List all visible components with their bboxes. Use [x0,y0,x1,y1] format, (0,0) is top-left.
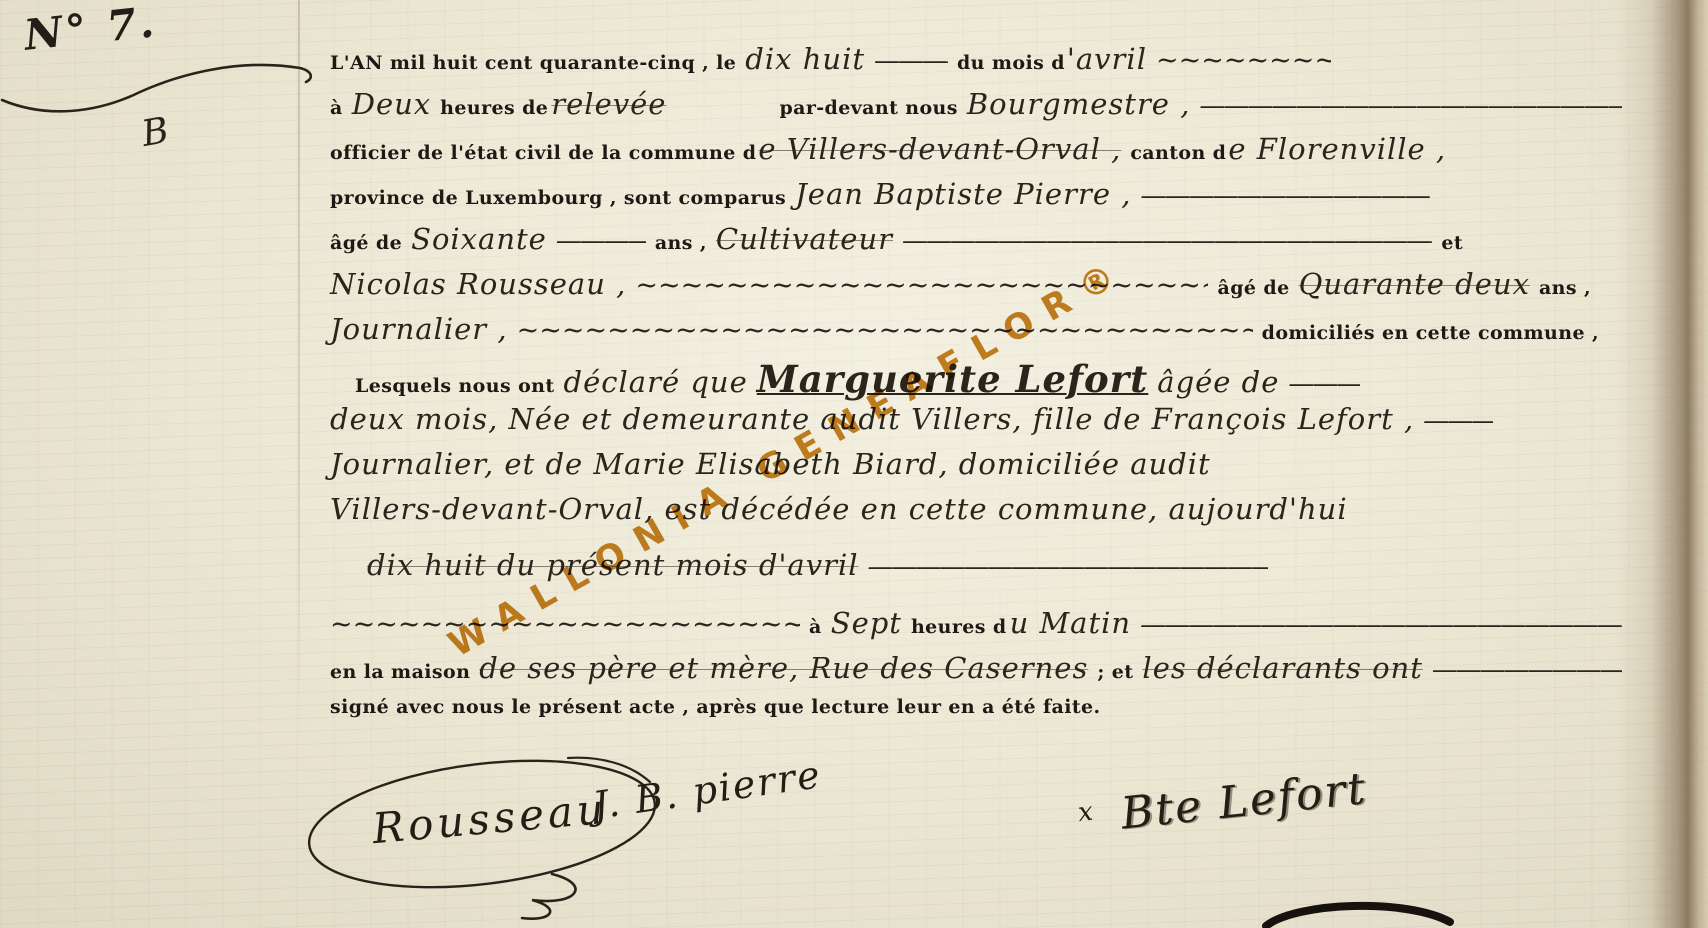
act-line: L'AN mil huit cent quarante-cinq , le di… [330,42,1622,87]
handwritten-text: u Matin [1010,606,1132,640]
handwritten-text: relevée [551,87,666,121]
act-line: officier de l'état civil de la commune d… [330,132,1622,177]
handwritten-death-hour: Sept [831,606,902,640]
printed-text: heures d [911,616,1007,638]
printed-text: en la maison [330,661,470,683]
handwritten-officer-title: Bourgmestre , [967,87,1191,121]
act-line: Journalier, et de Marie Elisabeth Biard,… [330,447,1622,492]
printed-text: à [809,616,822,638]
printed-text: âgé de [1217,277,1289,299]
signature-cross-mark: x [1077,796,1097,828]
printed-text: ans , [655,232,707,254]
printed-text: âgé de [330,232,402,254]
ink-dash: ——————————————————————————————————————— [1199,91,1622,121]
handwritten-mother: Journalier, et de Marie Elisabeth Biard,… [330,447,1211,481]
printed-text: heures de [440,97,548,119]
printed-closing-text: signé avec nous le présent acte , après … [330,696,1101,718]
printed-text: canton d [1130,142,1226,164]
act-line: Nicolas Rousseau , ~~~~~~~~~~~~~~~~~~~~~… [330,267,1622,312]
printed-text: à [330,97,343,119]
handwritten-text: déclaré que [564,365,748,399]
printed-text: par-devant nous [779,97,957,119]
printed-text: ans , [1539,277,1591,299]
act-line: ~~~~~~~~~~~~~~~~~~~~~~~~~~~~~~~~~~~~~~~~… [330,606,1622,651]
act-line: Lesquels nous ont déclaré que Marguerite… [330,357,1622,402]
ink-dash: ——————————————————————————————————————— [1423,406,1493,436]
handwritten-text: âgée de [1157,365,1279,399]
handwritten-profession-2: Journalier , [330,312,508,346]
handwritten-deceased-name: Marguerite Lefort [757,357,1149,401]
ink-dash: ——————————————————————————————————————— [1140,610,1622,640]
handwritten-age-1: Soixante [411,222,547,256]
handwritten-month: 'avril [1067,42,1147,76]
printed-text: L'AN mil huit cent quarante-cinq , le [330,52,736,74]
printed-text: domiciliés en cette commune , [1262,322,1599,344]
printed-text: ; et [1097,661,1133,683]
act-line: dix huit du présent mois d'avril ———————… [330,548,1622,593]
act-line: à Deux heures de relevée par-devant nous… [330,87,1622,132]
printed-text: du mois d [957,52,1065,74]
handwritten-declarant-1: Jean Baptiste Pierre , [795,177,1131,211]
margin-flourish [0,48,320,118]
ink-dash: ——————————————————————————————————————— [1288,369,1360,399]
act-line: en la maison de ses père et mère, Rue de… [330,651,1622,696]
ink-dash: ——————————————————————————————————————— [902,226,1432,256]
ink-squiggle: ~~~~~~~~~~~~~~~~~~~~~~~~~~~~~~~~~~~~~~~~… [330,609,800,640]
act-line: signé avec nous le présent acte , après … [330,696,1622,741]
ink-squiggle: ~~~~~~~~~~~~~~~~~~~~~~~~~~~~~~~~~~~~~~~~… [1156,45,1331,76]
act-line: Journalier , ~~~~~~~~~~~~~~~~~~~~~~~~~~~… [330,312,1622,357]
printed-text: Lesquels nous ont [355,375,555,397]
printed-text: officier de l'état civil de la commune d [330,142,756,164]
ink-squiggle: ~~~~~~~~~~~~~~~~~~~~~~~~~~~~~~~~~~~~~~~~… [635,270,1208,301]
handwritten-house-address: de ses père et mère, Rue des Casernes [479,651,1088,685]
ink-dash: ——————————————————————————————————————— [1140,181,1430,211]
handwritten-text: les déclarants ont [1142,651,1422,685]
handwritten-death-date: dix huit du présent mois d'avril [367,548,859,582]
handwritten-death-place: Villers-devant-Orval, est décédée en cet… [330,492,1348,526]
handwritten-hour: Deux [352,87,431,121]
page-right-edge-shadow [1616,0,1708,928]
act-line: Villers-devant-Orval, est décédée en cet… [330,492,1622,537]
handwritten-commune: e Villers-devant-Orval , [758,132,1121,166]
handwritten-canton: e Florenville , [1228,132,1446,166]
handwritten-declarant-2: Nicolas Rousseau , [330,267,626,301]
printed-text: province de Luxembourg , sont comparus [330,187,786,209]
ink-dash: ——————————————————————————————————————— [1432,655,1622,685]
printed-text: et [1441,232,1463,254]
bottom-ink-flourish [1258,898,1458,928]
signature-flourish-oval [300,742,670,920]
handwritten-age-and-father: deux mois, Née et demeurante audit Ville… [330,402,1414,436]
act-line: deux mois, Née et demeurante audit Ville… [330,402,1622,447]
act-line: âgé de Soixante ————————————————————————… [330,222,1622,267]
ink-squiggle: ~~~~~~~~~~~~~~~~~~~~~~~~~~~~~~~~~~~~~~~~… [517,315,1253,346]
act-text-block: L'AN mil huit cent quarante-cinq , le di… [330,42,1622,741]
signature-lefort: xBte Lefort [1076,763,1369,844]
act-line: province de Luxembourg , sont comparus J… [330,177,1622,222]
scanned-death-record-1845: { "margin": { "number": "N° 7.", "paraph… [0,0,1708,928]
handwritten-profession-1: Cultivateur [716,222,893,256]
ink-dash: ——————————————————————————————————————— [556,226,646,256]
ink-dash: ——————————————————————————————————————— [874,46,948,76]
handwritten-day: dix huit [745,42,865,76]
ink-dash: ——————————————————————————————————————— [868,552,1268,582]
handwritten-age-2: Quarante deux [1299,267,1530,301]
signature-rousseau: Rousseau [300,742,670,920]
signature-lefort-text: Bte Lefort [1119,763,1370,840]
